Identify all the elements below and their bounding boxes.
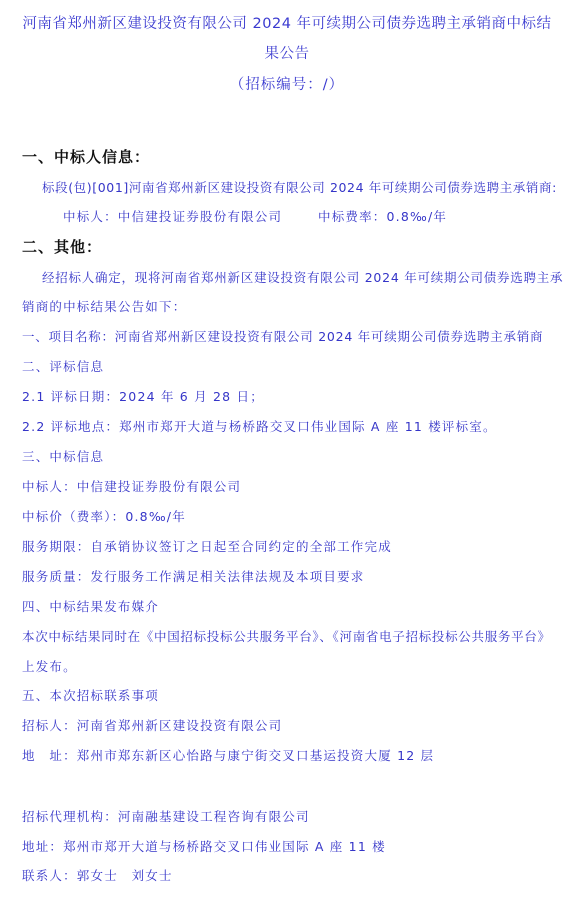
eval-date: 2.1 评标日期：2024 年 6 月 28 日； — [22, 387, 264, 405]
section-heading-winner-info: 一、中标人信息： — [22, 146, 150, 167]
title-line-2: 果公告 — [0, 42, 574, 63]
eval-location: 2.2 评标地点：郑州市郑开大道与杨桥路交叉口伟业国际 A 座 11 楼评标室。 — [22, 417, 497, 435]
eval-info-heading: 二、评标信息 — [22, 357, 104, 375]
contact-heading: 五、本次招标联系事项 — [22, 686, 159, 704]
service-quality: 服务质量：发行服务工作满足相关法律法规及本项目要求 — [22, 567, 365, 585]
tenderer: 招标人：河南省郑州新区建设投资有限公司 — [22, 716, 282, 734]
title-line-1: 河南省郑州新区建设投资有限公司 2024 年可续期公司债券选聘主承销商中标结 — [0, 12, 574, 33]
project-name: 一、项目名称：河南省郑州新区建设投资有限公司 2024 年可续期公司债券选聘主承… — [22, 327, 543, 345]
contacts: 联系人：郭女士 刘女士 — [22, 866, 173, 884]
agency: 招标代理机构：河南融基建设工程咨询有限公司 — [22, 807, 310, 825]
intro-line-2: 销商的中标结果公告如下： — [22, 297, 186, 315]
rate-summary: 中标费率：0.8‰/年 — [318, 207, 447, 225]
agency-address: 地址：郑州市郑开大道与杨桥路交叉口伟业国际 A 座 11 楼 — [22, 837, 386, 855]
award-info-heading: 三、中标信息 — [22, 447, 104, 465]
service-period: 服务期限：自承销协议签订之日起至合同约定的全部工作完成 — [22, 537, 392, 555]
winner-summary: 中标人：中信建投证券股份有限公司 — [63, 207, 282, 225]
winner: 中标人：中信建投证券股份有限公司 — [22, 477, 241, 495]
section-heading-other: 二、其他： — [22, 236, 102, 257]
intro-line-1: 经招标人确定，现将河南省郑州新区建设投资有限公司 2024 年可续期公司债券选聘… — [42, 268, 563, 286]
media-line-2: 上发布。 — [22, 657, 77, 675]
media-line-1: 本次中标结果同时在《中国招标投标公共服务平台》、《河南省电子招标投标公共服务平台… — [22, 627, 551, 645]
tender-number: （招标编号：/） — [0, 73, 574, 94]
lot-line: 标段(包)[001]河南省郑州新区建设投资有限公司 2024 年可续期公司债券选… — [42, 178, 557, 196]
tenderer-address: 地 址：郑州市郑东新区心怡路与康宁街交叉口基运投资大厦 12 层 — [22, 746, 434, 764]
media-heading: 四、中标结果发布媒介 — [22, 597, 159, 615]
winning-price: 中标价（费率）：0.8‰/年 — [22, 507, 186, 525]
